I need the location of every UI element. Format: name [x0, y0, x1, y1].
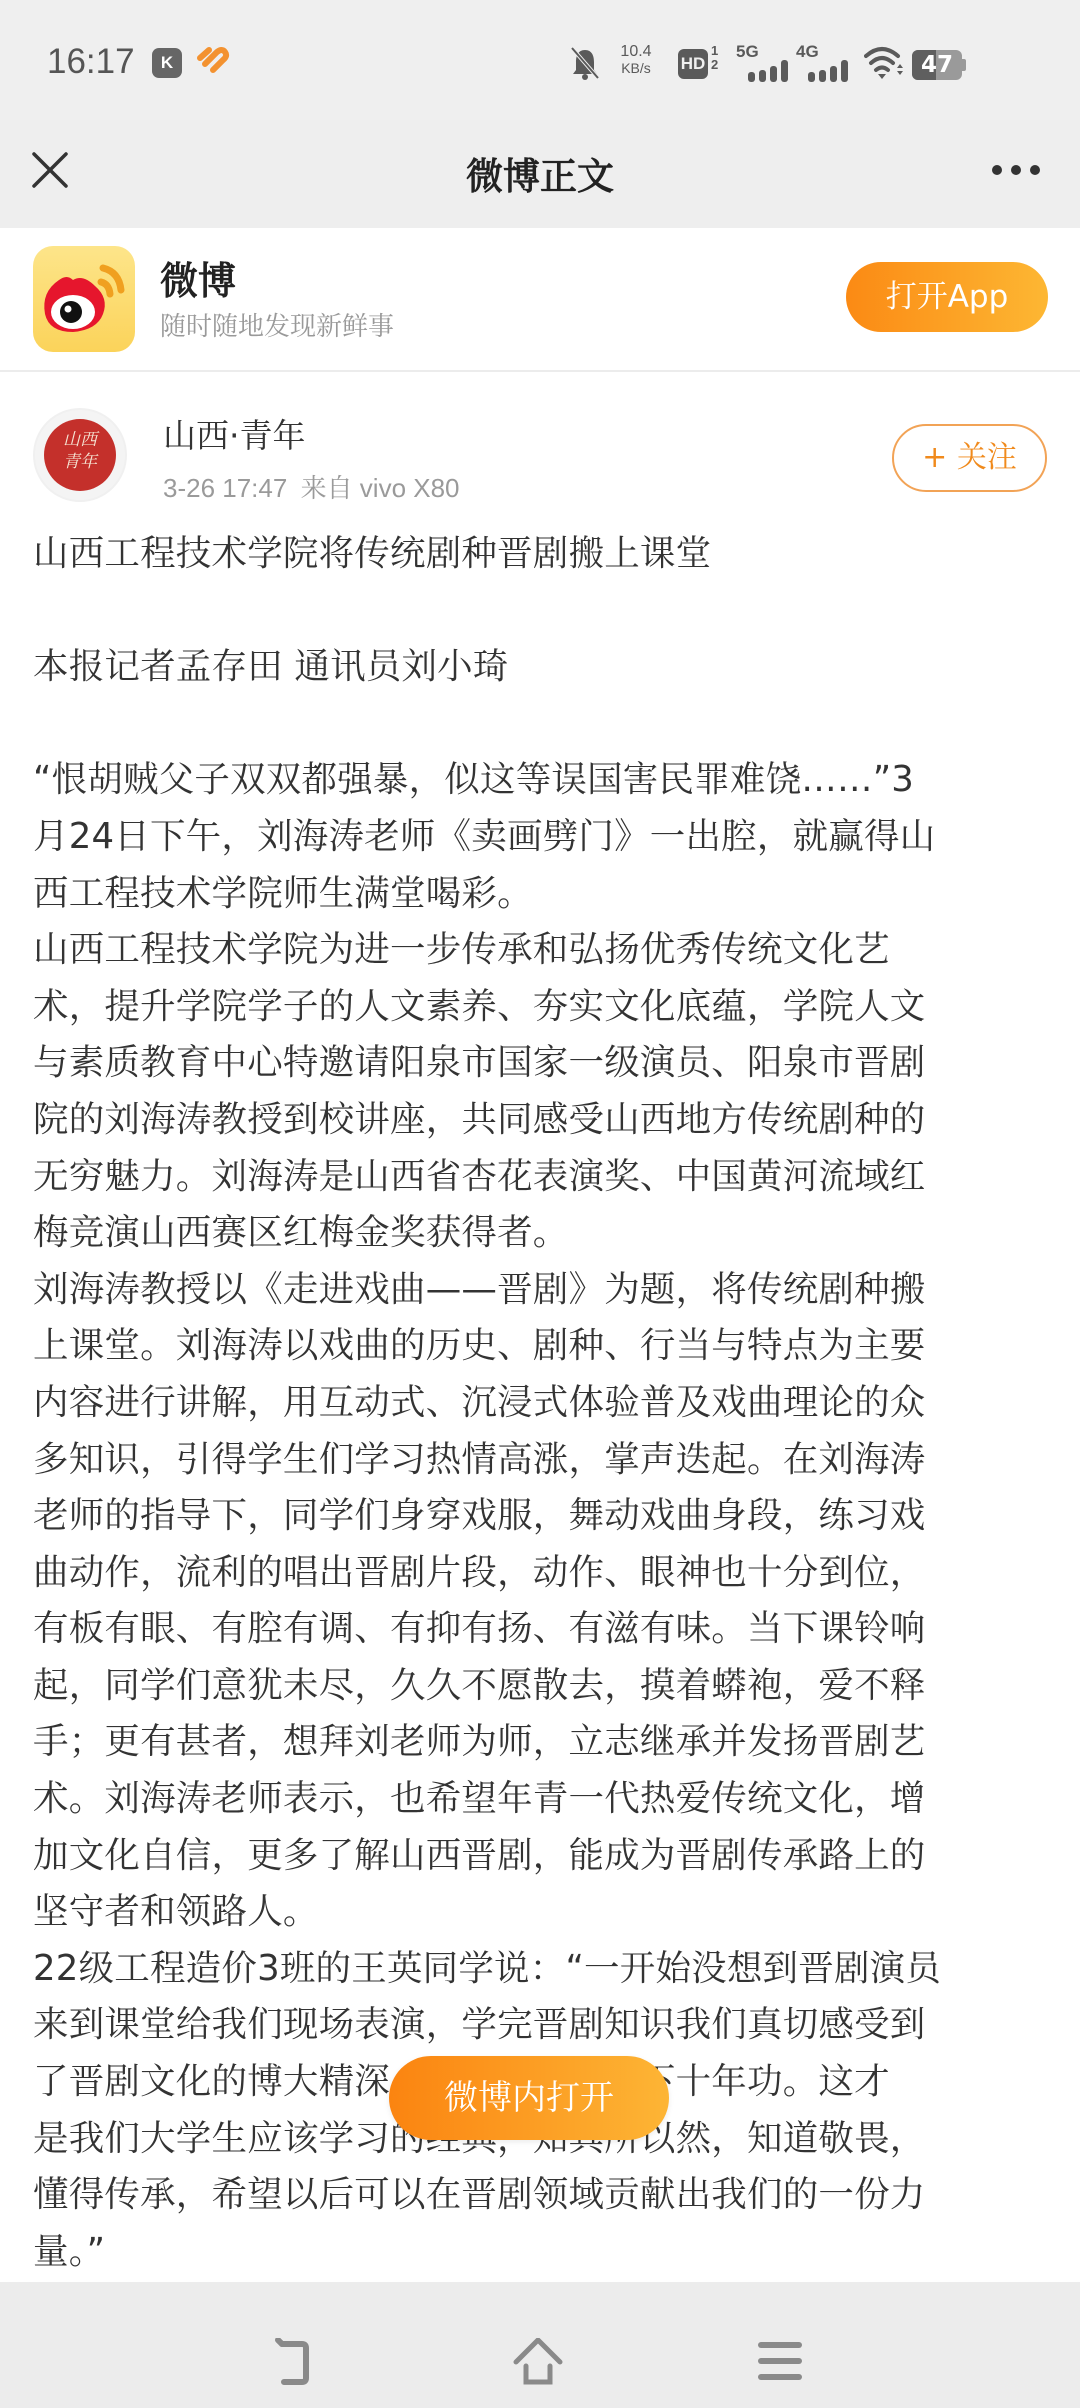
battery-indicator: 47	[912, 50, 962, 80]
network-speed-unit: KB/s	[616, 60, 656, 76]
sim2-signal: 4G	[796, 44, 856, 84]
follow-button[interactable]: + 关注	[892, 424, 1047, 492]
article-line: 坚守者和领路人。	[33, 1884, 1053, 1941]
article-line: 老师的指导下，同学们身穿戏服，舞动戏曲身段，练习戏	[33, 1488, 1053, 1545]
page-title: 微博正文	[0, 146, 1080, 200]
status-time: 16:17	[47, 42, 135, 82]
sim1-network-label: 5G	[736, 42, 759, 62]
signal-bars-icon	[748, 60, 794, 82]
post-header: 山西 青年 山西·青年 3-26 17:47 来自 vivo X80 + 关注	[0, 372, 1080, 522]
article-line: 曲动作，流利的唱出晋剧片段，动作、眼神也十分到位，	[33, 1545, 1053, 1602]
status-indicators: 10.4 KB/s HD 12 5G 4G	[560, 44, 1080, 84]
battery-level: 47	[912, 50, 962, 80]
article-line: 来到课堂给我们现场表演，学完晋剧知识我们真切感受到	[33, 1997, 1053, 2054]
hd-indicator: HD 12	[678, 44, 726, 84]
network-speed: 10.4 KB/s	[616, 44, 656, 84]
home-icon[interactable]	[510, 2338, 566, 2388]
author-name[interactable]: 山西·青年	[163, 410, 306, 457]
avatar-text-line1: 山西	[44, 429, 116, 451]
avatar-logo: 山西 青年	[44, 419, 116, 491]
article-line: 月24日下午，刘海涛老师《卖画劈门》一出腔，就赢得山	[33, 809, 1053, 866]
article-line: 懂得传承，希望以后可以在晋剧领域贡献出我们的一份力	[33, 2167, 1053, 2224]
app-slogan: 随时随地发现新鲜事	[160, 306, 394, 343]
article-line: 刘海涛教授以《走进戏曲——晋剧》为题，将传统剧种搬	[33, 1262, 1053, 1319]
back-icon[interactable]	[272, 2338, 328, 2388]
status-bar: 16:17 K 10.4 KB/s HD 12 5G	[0, 0, 1080, 120]
article-line: 手；更有甚者，想拜刘老师为师，立志继承并发扬晋剧艺	[33, 1714, 1053, 1771]
menu-icon[interactable]	[752, 2338, 808, 2388]
kuaishou-app-icon: K	[152, 48, 182, 78]
post-source: 来自 vivo X80	[301, 473, 460, 503]
bell-off-icon	[570, 44, 600, 84]
avatar[interactable]: 山西 青年	[33, 408, 127, 502]
orange-heart-app-icon	[196, 46, 230, 78]
more-horizontal-icon[interactable]	[990, 158, 1042, 182]
post-content: 山西工程技术学院将传统剧种晋剧搬上课堂本报记者孟存田 通讯员刘小琦“恨胡贼父子双…	[33, 526, 1053, 2280]
article-line: 与素质教育中心特邀请阳泉市国家一级演员、阳泉市晋剧	[33, 1035, 1053, 1092]
network-speed-value: 10.4	[616, 44, 656, 60]
article-line: 量。”	[33, 2224, 1053, 2281]
system-navigation-bar	[0, 2282, 1080, 2408]
hd-badge: HD	[678, 49, 708, 79]
app-download-banner: 微博 随时随地发现新鲜事 打开App	[0, 228, 1080, 372]
signal-bars-icon	[808, 60, 854, 82]
avatar-text-line2: 青年	[44, 451, 116, 473]
article-line: 无穷魅力。刘海涛是山西省杏花表演奖、中国黄河流域红	[33, 1149, 1053, 1206]
article-line: 本报记者孟存田 通讯员刘小琦	[33, 639, 1053, 696]
article-line: 院的刘海涛教授到校讲座，共同感受山西地方传统剧种的	[33, 1092, 1053, 1149]
sim-slot-numbers: 12	[711, 44, 718, 72]
article-line: 术，提升学院学子的人文素养、夯实文化底蕴，学院人文	[33, 979, 1053, 1036]
sim1-signal: 5G	[736, 44, 796, 84]
article-line: “恨胡贼父子双双都强暴，似这等误国害民罪难饶……”3	[33, 752, 1053, 809]
article-line: 术。刘海涛老师表示，也希望年青一代热爱传统文化，增	[33, 1771, 1053, 1828]
article-line: 22级工程造价3班的王英同学说：“一开始没想到晋剧演员	[33, 1941, 1053, 1998]
article-line: 有板有眼、有腔有调、有抑有扬、有滋有味。当下课铃响	[33, 1601, 1053, 1658]
paragraph-gap	[33, 696, 1053, 753]
article-line: 起，同学们意犹未尽，久久不愿散去，摸着蟒袍，爱不释	[33, 1658, 1053, 1715]
article-line: 多知识，引得学生们学习热情高涨，掌声迭起。在刘海涛	[33, 1432, 1053, 1489]
post-meta: 3-26 17:47 来自 vivo X80	[163, 468, 460, 505]
app-name: 微博	[160, 250, 236, 305]
post-date: 3-26 17:47	[163, 473, 287, 503]
sim2-network-label: 4G	[796, 42, 819, 62]
battery-cap	[962, 59, 966, 71]
open-app-button[interactable]: 打开App	[846, 262, 1048, 332]
open-in-weibo-button[interactable]: 微博内打开	[389, 2056, 669, 2140]
wifi-icon	[864, 44, 904, 84]
article-line: 梅竞演山西赛区红梅金奖获得者。	[33, 1205, 1053, 1262]
weibo-logo-icon	[33, 246, 135, 352]
article-line: 山西工程技术学院为进一步传承和弘扬优秀传统文化艺	[33, 922, 1053, 979]
top-nav: 微博正文	[0, 120, 1080, 228]
article-line: 西工程技术学院师生满堂喝彩。	[33, 866, 1053, 923]
paragraph-gap	[33, 583, 1053, 640]
article-line: 加文化自信，更多了解山西晋剧，能成为晋剧传承路上的	[33, 1828, 1053, 1885]
article-line: 山西工程技术学院将传统剧种晋剧搬上课堂	[33, 526, 1053, 583]
article-line: 上课堂。刘海涛以戏曲的历史、剧种、行当与特点为主要	[33, 1318, 1053, 1375]
article-line: 内容进行讲解，用互动式、沉浸式体验普及戏曲理论的众	[33, 1375, 1053, 1432]
